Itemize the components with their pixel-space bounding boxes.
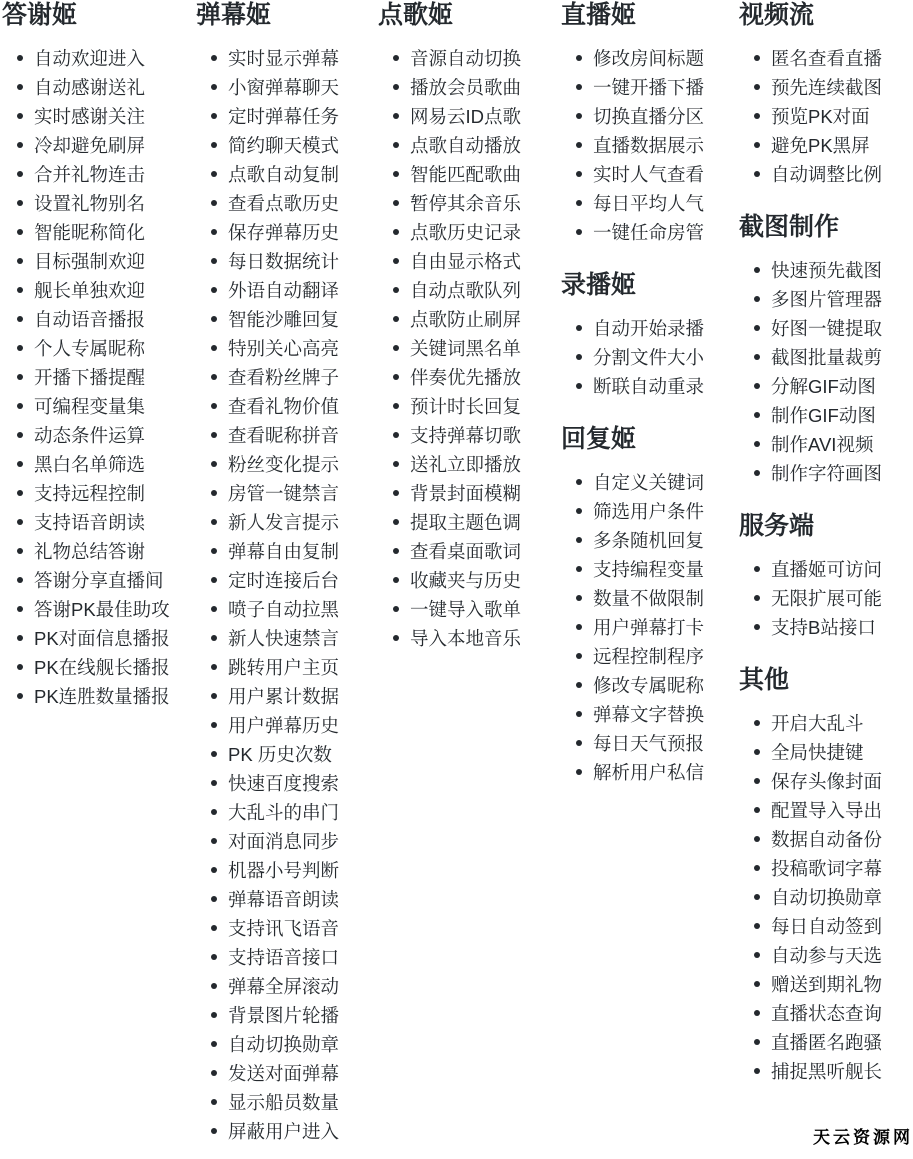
feature-item: 屏蔽用户进入 <box>196 1117 378 1146</box>
feature-item: 好图一键提取 <box>739 314 913 343</box>
feature-item: 播放会员歌曲 <box>378 73 561 102</box>
feature-item: 查看礼物价值 <box>196 392 378 421</box>
feature-item: 赠送到期礼物 <box>739 970 913 999</box>
feature-list-song-request: 音源自动切换播放会员歌曲网易云ID点歌点歌自动播放智能匹配歌曲暂停其余音乐点歌历… <box>378 44 561 653</box>
feature-item: 支持语音接口 <box>196 943 378 972</box>
feature-item: 筛选用户条件 <box>561 497 739 526</box>
feature-item: 直播数据展示 <box>561 131 739 160</box>
feature-item: PK 历史次数 <box>196 740 378 769</box>
feature-item: 查看桌面歌词 <box>378 537 561 566</box>
feature-item: 直播匿名跑骚 <box>739 1028 913 1057</box>
feature-item: 查看点歌历史 <box>196 189 378 218</box>
feature-item: 直播姬可访问 <box>739 555 913 584</box>
feature-item: 查看昵称拼音 <box>196 421 378 450</box>
feature-item: 小窗弹幕聊天 <box>196 73 378 102</box>
feature-item: 对面消息同步 <box>196 827 378 856</box>
section-title-screenshot: 截图制作 <box>739 215 913 240</box>
feature-item: 开启大乱斗 <box>739 709 913 738</box>
feature-item: 新人快速禁言 <box>196 624 378 653</box>
feature-item: 制作AVI视频 <box>739 430 913 459</box>
feature-item: 每日平均人气 <box>561 189 739 218</box>
feature-item: 自动欢迎进入 <box>2 44 196 73</box>
column-3: 点歌姬音源自动切换播放会员歌曲网易云ID点歌点歌自动播放智能匹配歌曲暂停其余音乐… <box>378 3 561 1146</box>
feature-item: 每日自动签到 <box>739 912 913 941</box>
feature-item: 点歌自动播放 <box>378 131 561 160</box>
feature-item: 简约聊天模式 <box>196 131 378 160</box>
feature-item: 匿名查看直播 <box>739 44 913 73</box>
feature-item: 提取主题色调 <box>378 508 561 537</box>
feature-item: 自由显示格式 <box>378 247 561 276</box>
feature-item: 捕捉黑听舰长 <box>739 1057 913 1086</box>
feature-item: 制作GIF动图 <box>739 401 913 430</box>
feature-item: 预先连续截图 <box>739 73 913 102</box>
feature-item: 多图片管理器 <box>739 285 913 314</box>
feature-item: 每日天气预报 <box>561 729 739 758</box>
section-title-live: 直播姬 <box>561 3 739 28</box>
feature-item: 显示船员数量 <box>196 1088 378 1117</box>
feature-item: 保存头像封面 <box>739 767 913 796</box>
section-title-danmaku: 弹幕姬 <box>196 3 378 28</box>
feature-item: 投稿歌词字幕 <box>739 854 913 883</box>
feature-item: 分解GIF动图 <box>739 372 913 401</box>
feature-item: 自动调整比例 <box>739 160 913 189</box>
feature-item: 自动参与天选 <box>739 941 913 970</box>
feature-item: 保存弹幕历史 <box>196 218 378 247</box>
feature-item: 用户弹幕历史 <box>196 711 378 740</box>
feature-item: 支持编程变量 <box>561 555 739 584</box>
feature-item: 定时连接后台 <box>196 566 378 595</box>
feature-item: 特别关心高亮 <box>196 334 378 363</box>
feature-list-live: 修改房间标题一键开播下播切换直播分区直播数据展示实时人气查看每日平均人气一键任命… <box>561 44 739 247</box>
feature-item: 弹幕自由复制 <box>196 537 378 566</box>
feature-item: 黑白名单筛选 <box>2 450 196 479</box>
feature-item: 修改专属昵称 <box>561 671 739 700</box>
feature-item: 外语自动翻译 <box>196 276 378 305</box>
feature-item: 实时显示弹幕 <box>196 44 378 73</box>
feature-item: PK连胜数量播报 <box>2 682 196 711</box>
feature-item: 查看粉丝牌子 <box>196 363 378 392</box>
feature-item: 智能沙雕回复 <box>196 305 378 334</box>
feature-item: 答谢分享直播间 <box>2 566 196 595</box>
feature-item: 切换直播分区 <box>561 102 739 131</box>
feature-item: 暂停其余音乐 <box>378 189 561 218</box>
feature-item: 点歌自动复制 <box>196 160 378 189</box>
feature-item: 点歌防止刷屏 <box>378 305 561 334</box>
feature-item: 自动切换勋章 <box>196 1030 378 1059</box>
feature-item: 弹幕文字替换 <box>561 700 739 729</box>
feature-list-reply: 自定义关键词筛选用户条件多条随机回复支持编程变量数量不做限制用户弹幕打卡远程控制… <box>561 468 739 787</box>
feature-item: 支持弹幕切歌 <box>378 421 561 450</box>
feature-item: 智能匹配歌曲 <box>378 160 561 189</box>
feature-item: 避免PK黑屏 <box>739 131 913 160</box>
feature-item: 发送对面弹幕 <box>196 1059 378 1088</box>
feature-item: 自动点歌队列 <box>378 276 561 305</box>
section-title-video-stream: 视频流 <box>739 3 913 28</box>
feature-item: 支持语音朗读 <box>2 508 196 537</box>
feature-list-recording: 自动开始录播分割文件大小断联自动重录 <box>561 314 739 401</box>
section-title-server: 服务端 <box>739 514 913 539</box>
feature-item: 设置礼物别名 <box>2 189 196 218</box>
feature-item: 网易云ID点歌 <box>378 102 561 131</box>
feature-item: 跳转用户主页 <box>196 653 378 682</box>
column-2: 弹幕姬实时显示弹幕小窗弹幕聊天定时弹幕任务简约聊天模式点歌自动复制查看点歌历史保… <box>196 3 378 1146</box>
feature-item: 礼物总结答谢 <box>2 537 196 566</box>
feature-item: 配置导入导出 <box>739 796 913 825</box>
feature-item: 导入本地音乐 <box>378 624 561 653</box>
feature-list-screenshot: 快速预先截图多图片管理器好图一键提取截图批量裁剪分解GIF动图制作GIF动图制作… <box>739 256 913 488</box>
feature-item: 自定义关键词 <box>561 468 739 497</box>
feature-item: 实时人气查看 <box>561 160 739 189</box>
feature-item: 实时感谢关注 <box>2 102 196 131</box>
feature-item: 背景图片轮播 <box>196 1001 378 1030</box>
feature-list-thanks: 自动欢迎进入自动感谢送礼实时感谢关注冷却避免刷屏合并礼物连击设置礼物别名智能昵称… <box>2 44 196 711</box>
feature-item: 解析用户私信 <box>561 758 739 787</box>
feature-item: 远程控制程序 <box>561 642 739 671</box>
feature-item: 预计时长回复 <box>378 392 561 421</box>
feature-list-danmaku: 实时显示弹幕小窗弹幕聊天定时弹幕任务简约聊天模式点歌自动复制查看点歌历史保存弹幕… <box>196 44 378 1146</box>
feature-item: 可编程变量集 <box>2 392 196 421</box>
feature-item: 用户累计数据 <box>196 682 378 711</box>
feature-item: 动态条件运算 <box>2 421 196 450</box>
feature-item: 音源自动切换 <box>378 44 561 73</box>
feature-item: 修改房间标题 <box>561 44 739 73</box>
watermark: 天云资源网 <box>813 1123 913 1148</box>
section-title-song-request: 点歌姬 <box>378 3 561 28</box>
feature-item: 分割文件大小 <box>561 343 739 372</box>
feature-item: 数量不做限制 <box>561 584 739 613</box>
feature-item: 开播下播提醒 <box>2 363 196 392</box>
feature-item: 智能昵称简化 <box>2 218 196 247</box>
feature-item: 预览PK对面 <box>739 102 913 131</box>
feature-item: 自动开始录播 <box>561 314 739 343</box>
feature-item: 舰长单独欢迎 <box>2 276 196 305</box>
feature-item: 目标强制欢迎 <box>2 247 196 276</box>
feature-item: 点歌历史记录 <box>378 218 561 247</box>
feature-item: 支持讯飞语音 <box>196 914 378 943</box>
feature-list-video-stream: 匿名查看直播预先连续截图预览PK对面避免PK黑屏自动调整比例 <box>739 44 913 189</box>
feature-item: 喷子自动拉黑 <box>196 595 378 624</box>
feature-item: 截图批量裁剪 <box>739 343 913 372</box>
feature-item: 支持B站接口 <box>739 613 913 642</box>
feature-item: 冷却避免刷屏 <box>2 131 196 160</box>
section-title-reply: 回复姬 <box>561 427 739 452</box>
feature-item: 一键导入歌单 <box>378 595 561 624</box>
feature-item: 制作字符画图 <box>739 459 913 488</box>
feature-item: 收藏夹与历史 <box>378 566 561 595</box>
feature-item: 送礼立即播放 <box>378 450 561 479</box>
feature-list-server: 直播姬可访问无限扩展可能支持B站接口 <box>739 555 913 642</box>
feature-item: 快速百度搜索 <box>196 769 378 798</box>
feature-item: PK对面信息播报 <box>2 624 196 653</box>
feature-item: 粉丝变化提示 <box>196 450 378 479</box>
feature-item: 答谢PK最佳助攻 <box>2 595 196 624</box>
feature-list-page: 答谢姬自动欢迎进入自动感谢送礼实时感谢关注冷却避免刷屏合并礼物连击设置礼物别名智… <box>0 0 913 1159</box>
feature-list-other: 开启大乱斗全局快捷键保存头像封面配置导入导出数据自动备份投稿歌词字幕自动切换勋章… <box>739 709 913 1086</box>
feature-item: 伴奏优先播放 <box>378 363 561 392</box>
feature-item: 自动感谢送礼 <box>2 73 196 102</box>
feature-item: 一键开播下播 <box>561 73 739 102</box>
feature-item: 新人发言提示 <box>196 508 378 537</box>
feature-item: 断联自动重录 <box>561 372 739 401</box>
feature-item: 用户弹幕打卡 <box>561 613 739 642</box>
feature-item: 一键任命房管 <box>561 218 739 247</box>
feature-item: 机器小号判断 <box>196 856 378 885</box>
feature-item: 定时弹幕任务 <box>196 102 378 131</box>
section-title-thanks: 答谢姬 <box>2 3 196 28</box>
feature-item: 自动语音播报 <box>2 305 196 334</box>
feature-item: 每日数据统计 <box>196 247 378 276</box>
column-4: 直播姬修改房间标题一键开播下播切换直播分区直播数据展示实时人气查看每日平均人气一… <box>561 3 739 1146</box>
feature-item: 大乱斗的串门 <box>196 798 378 827</box>
feature-item: 个人专属昵称 <box>2 334 196 363</box>
feature-item: 合并礼物连击 <box>2 160 196 189</box>
feature-item: 全局快捷键 <box>739 738 913 767</box>
column-5: 视频流匿名查看直播预先连续截图预览PK对面避免PK黑屏自动调整比例截图制作快速预… <box>739 3 913 1146</box>
feature-item: 快速预先截图 <box>739 256 913 285</box>
feature-item: 背景封面模糊 <box>378 479 561 508</box>
feature-item: PK在线舰长播报 <box>2 653 196 682</box>
feature-item: 关键词黑名单 <box>378 334 561 363</box>
feature-item: 支持远程控制 <box>2 479 196 508</box>
feature-item: 弹幕语音朗读 <box>196 885 378 914</box>
columns: 答谢姬自动欢迎进入自动感谢送礼实时感谢关注冷却避免刷屏合并礼物连击设置礼物别名智… <box>0 0 913 1146</box>
feature-item: 房管一键禁言 <box>196 479 378 508</box>
feature-item: 数据自动备份 <box>739 825 913 854</box>
section-title-recording: 录播姬 <box>561 273 739 298</box>
feature-item: 自动切换勋章 <box>739 883 913 912</box>
feature-item: 无限扩展可能 <box>739 584 913 613</box>
feature-item: 直播状态查询 <box>739 999 913 1028</box>
column-1: 答谢姬自动欢迎进入自动感谢送礼实时感谢关注冷却避免刷屏合并礼物连击设置礼物别名智… <box>0 3 196 1146</box>
section-title-other: 其他 <box>739 668 913 693</box>
feature-item: 弹幕全屏滚动 <box>196 972 378 1001</box>
feature-item: 多条随机回复 <box>561 526 739 555</box>
